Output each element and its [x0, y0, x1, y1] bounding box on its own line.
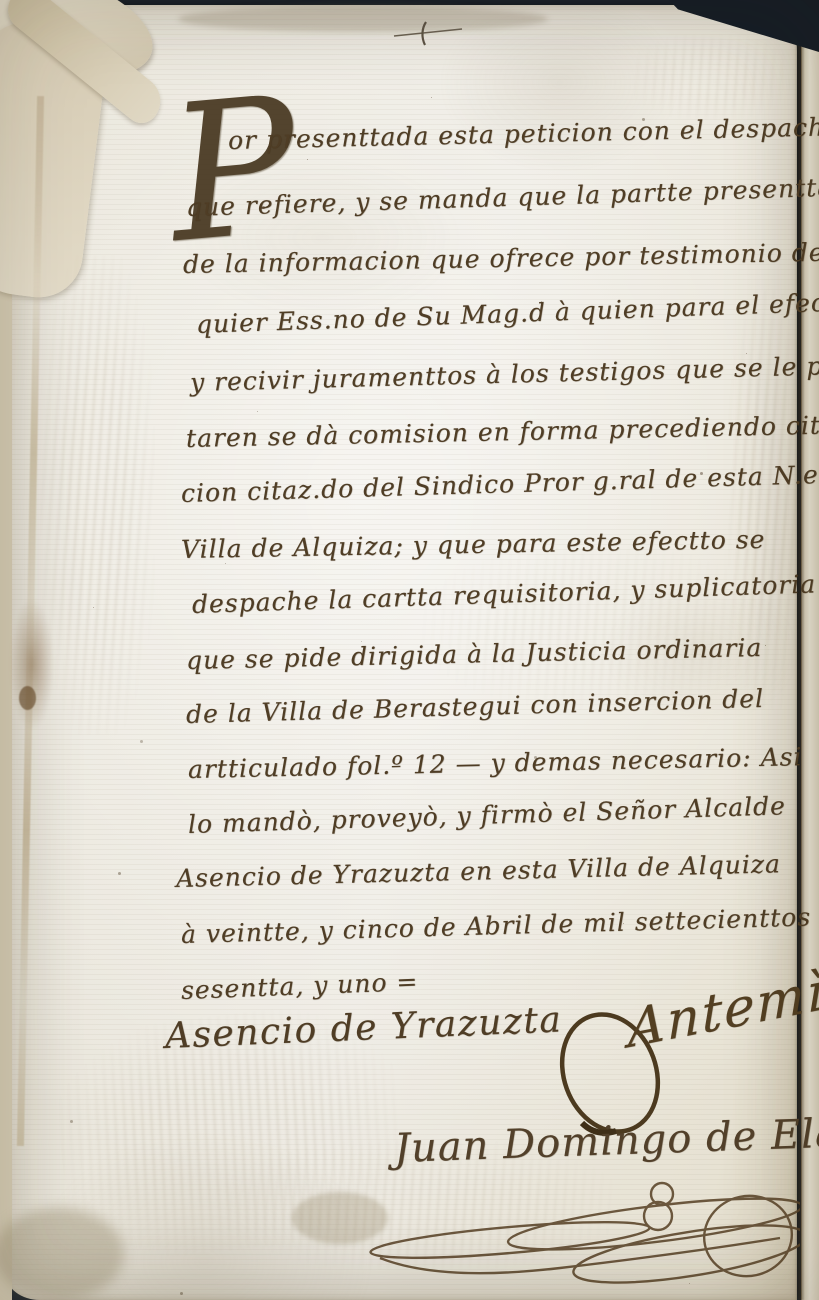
rubric-flourish-icon [360, 1178, 800, 1293]
bleed-through-text [630, 34, 790, 120]
manuscript-photo: P or presenttada esta peticion con el de… [0, 0, 819, 1300]
bleed-through-text [40, 255, 155, 735]
fox-speckles [0, 0, 3, 3]
invocation-cross-icon [392, 20, 464, 48]
